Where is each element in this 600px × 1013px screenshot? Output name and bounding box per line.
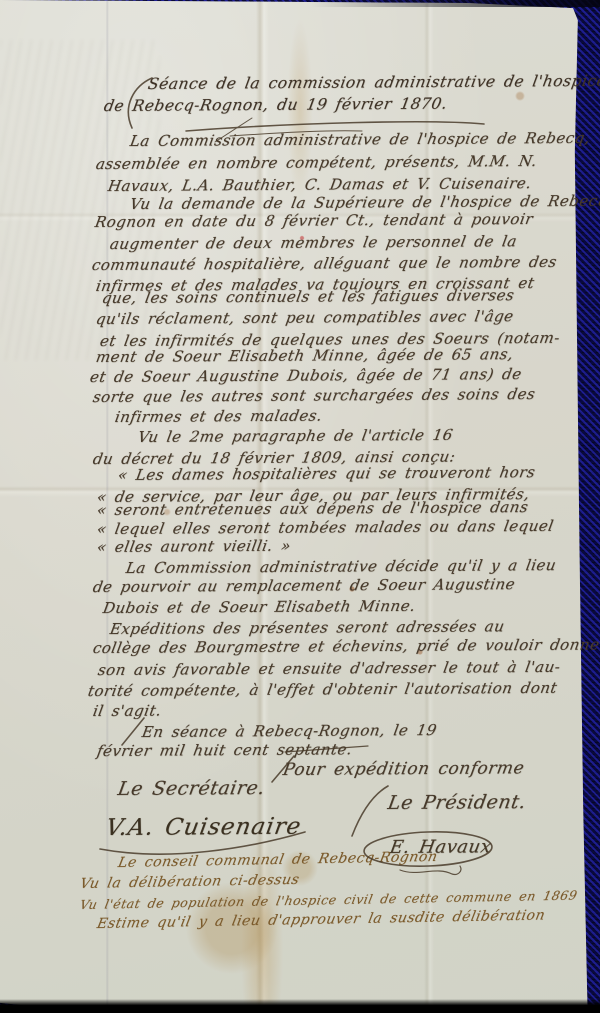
manuscript-line: La Commission administrative de l'hospic… (129, 130, 592, 150)
manuscript-line: collège des Bourgmestre et échevins, pri… (92, 636, 600, 656)
manuscript-line: sorte que les autres sont surchargées de… (92, 386, 537, 406)
manuscript-line: « seront entretenues aux dépens de l'hos… (96, 499, 530, 519)
manuscript-line: et de Soeur Augustine Dubois, âgée de 71… (89, 366, 524, 386)
photo-edge-shadow-bottom (0, 999, 600, 1013)
secretary-signature: V.A. Cuisenaire (104, 815, 303, 842)
manuscript-line: augmenter de deux membres le personnel d… (109, 233, 519, 252)
photo-edge-shadow-top (260, 0, 600, 7)
manuscript-line: assemblée en nombre compétent, présents,… (95, 153, 539, 173)
photograph-of-manuscript: { "colors": { "paper": "#d8d6cb", "fabri… (0, 0, 600, 1013)
secretary-label: Le Secrétaire. (116, 778, 266, 800)
manuscript-line: que, les soins continuels et les fatigue… (101, 287, 516, 306)
president-label: Le Président. (386, 792, 527, 814)
manuscript-line: « lequel elles seront tombées malades ou… (96, 518, 555, 538)
manuscript-line: En séance à Rebecq-Rognon, le 19 (141, 722, 439, 741)
manuscript-line: La Commission administrative décide qu'i… (125, 557, 558, 576)
manuscript-line: « elles auront vieilli. » (96, 538, 293, 556)
manuscript-line: Dubois et de Soeur Elisabeth Minne. (102, 598, 417, 617)
closing-formula: Pour expédition conforme (281, 759, 525, 779)
manuscript-line: « Les dames hospitalières qui se trouver… (117, 464, 537, 483)
manuscript-line: Vu le 2me paragraphe de l'article 16 (137, 427, 455, 446)
manuscript-line: Rognon en date du 8 février Ct., tendant… (94, 211, 535, 231)
manuscript-line: Havaux, L.A. Bauthier, C. Damas et V. Cu… (107, 175, 533, 194)
manuscript-line: son avis favorable et ensuite d'adresser… (97, 659, 562, 679)
manuscript-line: il s'agit. (92, 703, 163, 720)
manuscript-line: de pourvoir au remplacement de Soeur Aug… (92, 576, 517, 595)
manuscript-line: torité compétente, à l'effet d'obtenir l… (87, 680, 559, 700)
manuscript-line: qu'ils réclament, sont peu compatibles a… (95, 308, 515, 327)
title-line-2: de Rebecq-Rognon, du 19 février 1870. (103, 96, 449, 115)
manuscript-line: Expéditions des présentes seront adressé… (109, 618, 506, 637)
manuscript-line: infirmes et des malades. (114, 408, 324, 426)
manuscript-line: février mil huit cent septante. (96, 741, 354, 759)
manuscript-line: ment de Soeur Elisabeth Minne, âgée de 6… (95, 346, 515, 365)
manuscript-line: communauté hospitalière, alléguant que l… (91, 254, 559, 274)
title-line-1: Séance de la commission administrative d… (147, 73, 600, 93)
